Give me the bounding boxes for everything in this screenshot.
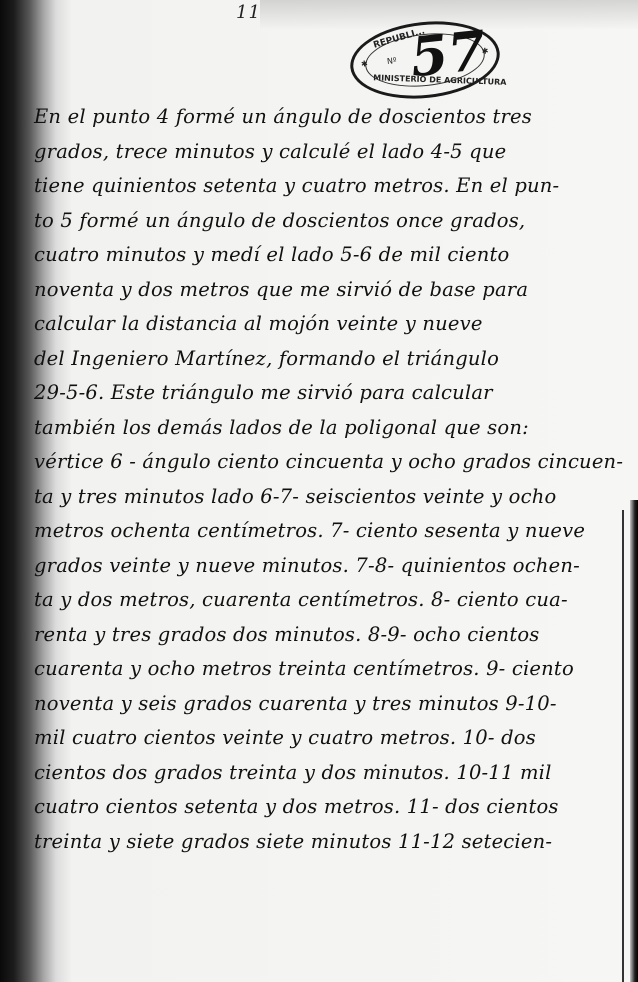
text-line: metros ochenta centímetros. 7- ciento se… bbox=[34, 514, 624, 549]
text-line: cientos dos grados treinta y dos minutos… bbox=[34, 756, 624, 791]
text-line: tiene quinientos setenta y cuatro metros… bbox=[34, 169, 624, 204]
stamp-number-label: Nº bbox=[386, 56, 397, 66]
handwritten-body: En el punto 4 formé un ángulo de doscien… bbox=[34, 100, 624, 859]
document-page: 11 REPUBLI... ✱ ✱ Nº 57 MINISTERIO DE AG… bbox=[0, 0, 638, 982]
text-line: del Ingeniero Martínez, formando el triá… bbox=[34, 342, 624, 377]
text-line: calcular la distancia al mojón veinte y … bbox=[34, 307, 624, 342]
text-line: vértice 6 - ángulo ciento cincuenta y oc… bbox=[34, 445, 624, 480]
text-line: ta y tres minutos lado 6-7- seiscientos … bbox=[34, 480, 624, 515]
text-line: grados, trece minutos y calculé el lado … bbox=[34, 135, 624, 170]
text-line: grados veinte y nueve minutos. 7-8- quin… bbox=[34, 549, 624, 584]
page-edge-shadow bbox=[630, 500, 638, 982]
text-line: to 5 formé un ángulo de doscientos once … bbox=[34, 204, 624, 239]
text-line: En el punto 4 formé un ángulo de doscien… bbox=[34, 100, 624, 135]
text-line: cuatro minutos y medí el lado 5-6 de mil… bbox=[34, 238, 624, 273]
text-line: noventa y seis grados cuarenta y tres mi… bbox=[34, 687, 624, 722]
page-number: 11 bbox=[236, 2, 261, 23]
text-line: cuarenta y ocho metros treinta centímetr… bbox=[34, 652, 624, 687]
text-line: treinta y siete grados siete minutos 11-… bbox=[34, 825, 624, 860]
text-line: ta y dos metros, cuarenta centímetros. 8… bbox=[34, 583, 624, 618]
text-line: renta y tres grados dos minutos. 8-9- oc… bbox=[34, 618, 624, 653]
text-line: mil cuatro cientos veinte y cuatro metro… bbox=[34, 721, 624, 756]
text-line: 29-5-6. Este triángulo me sirvió para ca… bbox=[34, 376, 624, 411]
text-line: cuatro cientos setenta y dos metros. 11-… bbox=[34, 790, 624, 825]
text-line: también los demás lados de la poligonal … bbox=[34, 411, 624, 446]
star-icon: ✱ bbox=[361, 59, 369, 69]
text-line: noventa y dos metros que me sirvió de ba… bbox=[34, 273, 624, 308]
